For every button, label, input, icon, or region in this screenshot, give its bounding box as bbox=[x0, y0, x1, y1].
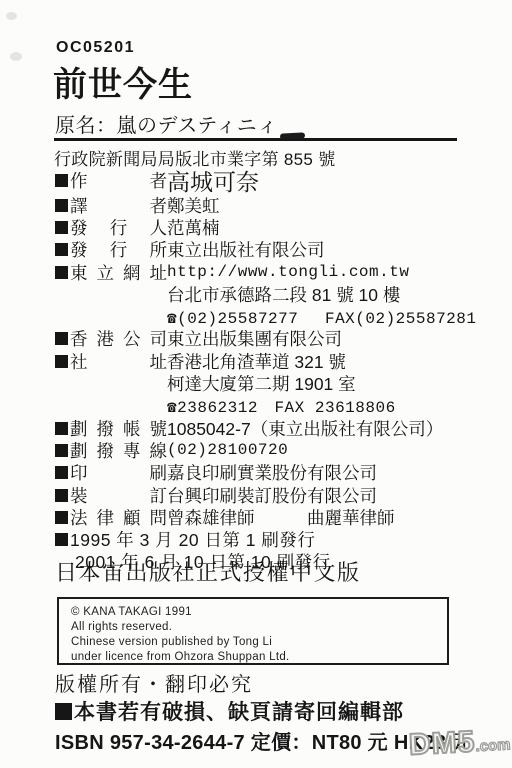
row-hk-address-2: 柯達大廈第二期 1901 室 bbox=[55, 372, 505, 394]
bullet-square-icon bbox=[55, 533, 68, 546]
row-author: 作者 高城可奈 bbox=[55, 166, 505, 194]
row-value: ☎23862312 FAX 23618806 bbox=[167, 394, 396, 417]
row-hk-address: 社址 香港北角渣華道 321 號 bbox=[55, 350, 505, 372]
bullet-square-icon bbox=[55, 174, 68, 187]
row-value: ☎(02)25587277 FAX(02)25587281 bbox=[167, 305, 477, 328]
watermark-suffix: .com bbox=[475, 736, 511, 755]
damage-notice-text: 本書若有破損、缺頁請寄回編輯部 bbox=[74, 696, 404, 726]
license-line: All rights reserved. bbox=[71, 620, 447, 635]
license-line: under licence from Ohzora Shuppan Ltd. bbox=[71, 650, 447, 665]
phone-icon: ☎ bbox=[167, 399, 177, 417]
row-label: 譯者 bbox=[70, 193, 167, 218]
row-printer: 印刷 嘉良印刷實業股份有限公司 bbox=[55, 462, 505, 484]
row-taipei-phone: ☎(02)25587277 FAX(02)25587281 bbox=[55, 305, 505, 327]
row-label: 發行人 bbox=[70, 215, 167, 240]
row-label: 法律顧問 bbox=[70, 505, 167, 530]
row-value: 嘉良印刷實業股份有限公司 bbox=[167, 460, 377, 485]
bullet-square-icon bbox=[55, 511, 68, 524]
colophon-rows: 作者 高城可奈 譯者 鄭美虹 發行人 范萬楠 發行所 東立出版社有限公司 東立網… bbox=[55, 166, 505, 573]
row-label: 社址 bbox=[70, 349, 167, 374]
bullet-square-icon bbox=[55, 703, 72, 720]
row-value: 香港北角渣華道 321 號 bbox=[167, 349, 346, 374]
scan-smudge bbox=[6, 12, 17, 20]
bullet-square-icon bbox=[55, 221, 68, 234]
row-value: 高城可奈 bbox=[167, 164, 259, 197]
row-publisher-person: 發行人 范萬楠 bbox=[55, 216, 505, 238]
row-hk-company: 香港公司 東立出版集團有限公司 bbox=[55, 328, 505, 350]
bullet-square-icon bbox=[55, 444, 68, 457]
row-postal-line: 劃撥專線 (02)28100720 bbox=[55, 439, 505, 461]
row-publisher: 發行所 東立出版社有限公司 bbox=[55, 239, 505, 261]
row-label: 劃撥專線 bbox=[70, 438, 167, 463]
row-label: 香港公司 bbox=[70, 326, 167, 351]
product-code: OC05201 bbox=[56, 39, 135, 57]
row-label: 東立網址 bbox=[70, 260, 167, 285]
row-value: 台興印刷裝訂股份有限公司 bbox=[167, 483, 377, 508]
row-value: (02)28100720 bbox=[167, 441, 288, 459]
license-line: Chinese version published by Tong Li bbox=[71, 635, 447, 650]
row-label: 劃撥帳號 bbox=[70, 416, 167, 441]
bullet-square-icon bbox=[55, 489, 68, 502]
row-value: 鄭美虹 bbox=[167, 193, 220, 218]
watermark-text: DM5 bbox=[408, 725, 476, 762]
bullet-square-icon bbox=[55, 466, 68, 479]
row-value: 范萬楠 bbox=[167, 215, 220, 240]
row-label: 裝訂 bbox=[70, 483, 167, 508]
row-label: 印刷 bbox=[70, 460, 167, 485]
book-title: 前世今生 bbox=[53, 57, 193, 106]
row-value: 1995 年 3 月 20 日第 1 刷發行 bbox=[70, 527, 315, 552]
damage-notice: 本書若有破損、缺頁請寄回編輯部 bbox=[55, 696, 404, 726]
row-value: 曾森雄律師 曲麗華律師 bbox=[167, 505, 395, 530]
dm5-watermark: DM5 .com bbox=[408, 723, 511, 762]
authorization-line: 日本宙出版社正式授權中文版 bbox=[55, 556, 361, 587]
divider-rule bbox=[54, 138, 457, 141]
row-value: 柯達大廈第二期 1901 室 bbox=[167, 371, 356, 396]
bullet-square-icon bbox=[55, 332, 68, 345]
license-line: © KANA TAKAGI 1991 bbox=[71, 605, 447, 620]
row-binding: 裝訂 台興印刷裝訂股份有限公司 bbox=[55, 484, 505, 506]
row-label: 作者 bbox=[70, 168, 167, 193]
row-value: 台北市承德路二段 81 號 10 樓 bbox=[167, 282, 400, 307]
row-value: 1085042-7（東立出版社有限公司） bbox=[167, 416, 443, 441]
row-first-print: 1995 年 3 月 20 日第 1 刷發行 bbox=[55, 528, 505, 550]
row-hk-phone: ☎23862312 FAX 23618806 bbox=[55, 395, 505, 417]
row-value: 東立出版集團有限公司 bbox=[167, 326, 342, 351]
license-box: © KANA TAKAGI 1991 All rights reserved. … bbox=[57, 597, 449, 665]
bullet-square-icon bbox=[55, 355, 68, 368]
phone-icon: ☎ bbox=[167, 310, 177, 328]
scan-smudge bbox=[10, 52, 22, 61]
row-label: 發行所 bbox=[70, 237, 167, 262]
website-url: http://www.tongli.com.tw bbox=[167, 263, 409, 281]
bullet-square-icon bbox=[55, 199, 68, 212]
original-title: 原名：嵐のデスティニィ bbox=[55, 109, 278, 138]
row-translator: 譯者 鄭美虹 bbox=[55, 194, 505, 216]
row-website: 東立網址 http://www.tongli.com.tw bbox=[55, 261, 505, 283]
bullet-square-icon bbox=[55, 266, 68, 279]
copyright-notice: 版權所有・翻印必究 bbox=[55, 668, 253, 697]
row-legal-advisor: 法律顧問 曾森雄律師 曲麗華律師 bbox=[55, 506, 505, 528]
row-postal-account: 劃撥帳號 1085042-7（東立出版社有限公司） bbox=[55, 417, 505, 439]
bullet-square-icon bbox=[55, 422, 68, 435]
row-value: 東立出版社有限公司 bbox=[167, 237, 325, 262]
bullet-square-icon bbox=[55, 243, 68, 256]
colophon-page: OC05201 前世今生 原名：嵐のデスティニィ 行政院新聞局局版北市業字第 8… bbox=[0, 0, 512, 768]
row-taipei-address: 台北市承德路二段 81 號 10 樓 bbox=[55, 283, 505, 305]
